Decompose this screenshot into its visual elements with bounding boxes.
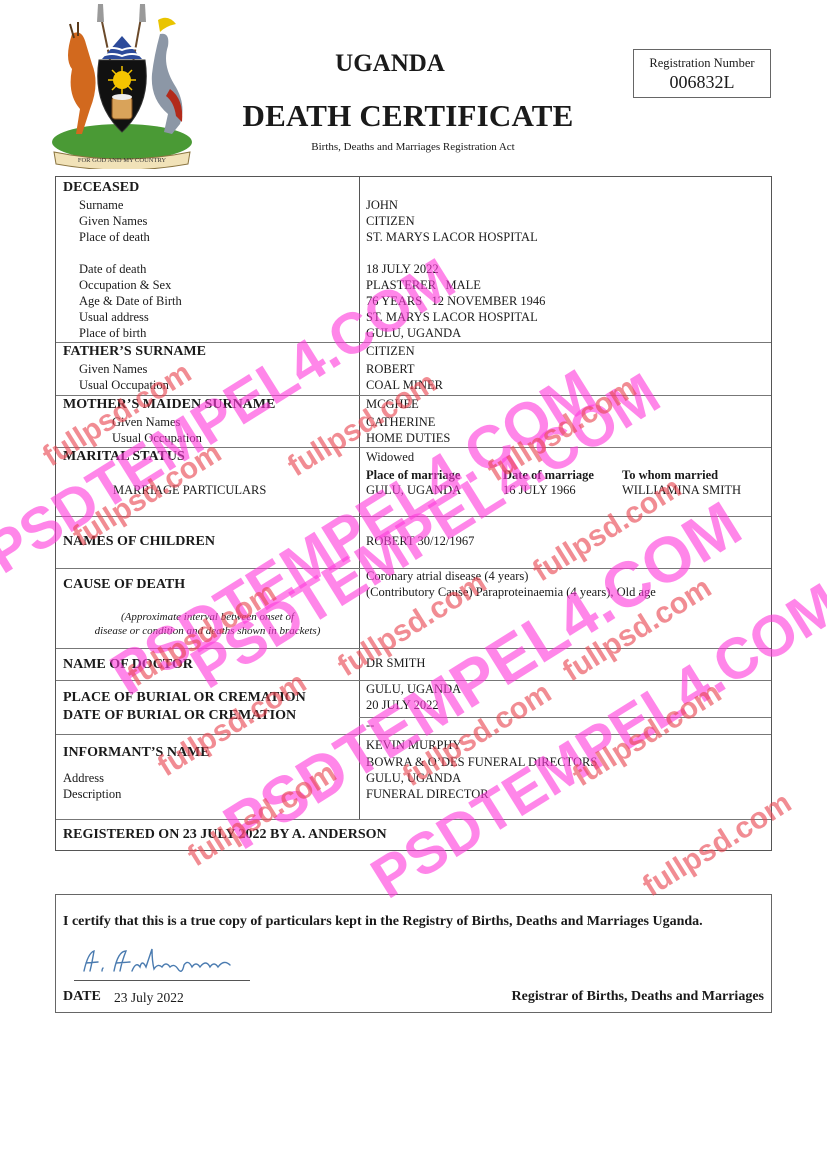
certificate-table: DECEASED Surname Given Names Place of de… — [55, 176, 772, 851]
children-names: ROBERT 30/12/1967 — [366, 534, 474, 549]
mother-heading: MOTHER’S MAIDEN SURNAME — [63, 397, 275, 413]
coat-of-arms-emblem: FOR GOD AND MY COUNTRY — [42, 4, 202, 169]
certification-statement: I certify that this is a true copy of pa… — [63, 914, 703, 930]
father-heading: FATHER’S SURNAME — [63, 344, 206, 360]
field-label: Place of birth — [79, 326, 146, 341]
burial-place: GULU, UGANDA — [366, 682, 461, 697]
informant-heading: INFORMANT’S NAME — [63, 745, 210, 761]
burial-date-heading: DATE OF BURIAL OR CREMATION — [63, 708, 296, 724]
row-divider — [56, 648, 771, 649]
mother-given-names: CATHERINE — [366, 415, 435, 430]
spouse-label: To whom married — [622, 468, 718, 483]
field-label: Place of death — [79, 230, 150, 245]
row-divider — [56, 447, 771, 448]
row-divider — [56, 516, 771, 517]
date-of-death: 18 JULY 2022 — [366, 262, 439, 277]
field-label: Address — [63, 771, 104, 786]
cause-contributory: (Contributory Cause) Paraproteinaemia (4… — [366, 585, 656, 600]
cause-note: disease or condition and deaths shown in… — [56, 625, 359, 637]
registrar-signature — [78, 945, 248, 977]
mother-surname: MCGHEE — [366, 397, 419, 412]
place-of-marriage: GULU, UGANDA — [366, 483, 461, 498]
place-of-birth: GULU, UGANDA — [366, 326, 461, 341]
field-label: Usual Occupation — [112, 431, 202, 446]
field-label: Given Names — [79, 214, 147, 229]
field-label: Age & Date of Birth — [79, 294, 182, 309]
burial-date: 20 JULY 2022 — [366, 698, 439, 713]
row-divider — [56, 680, 771, 681]
field-label: Usual Occupation — [79, 378, 169, 393]
cause-note: (Approximate interval between onset of — [56, 611, 359, 623]
burial-place-heading: PLACE OF BURIAL OR CREMATION — [63, 690, 306, 706]
registrar-title: Registrar of Births, Deaths and Marriage… — [512, 989, 765, 1005]
field-label: Surname — [79, 198, 123, 213]
date-label: DATE — [63, 989, 101, 1005]
cause-primary: Coronary atrial disease (4 years) — [366, 569, 528, 584]
spouse-name: WILLIAMINA SMITH — [622, 483, 741, 498]
field-label: Given Names — [112, 415, 180, 430]
certification-box: I certify that this is a true copy of pa… — [55, 894, 772, 1013]
occupation-sex: PLASTERER MALE — [366, 278, 481, 293]
deceased-surname: JOHN — [366, 198, 398, 213]
informant-address: GULU, UGANDA — [366, 771, 461, 786]
date-of-marriage-label: Date of marriage — [503, 468, 594, 483]
doctor-name: DR SMITH — [366, 656, 425, 671]
country-name: UGANDA — [240, 50, 540, 78]
date-of-marriage: 16 JULY 1966 — [503, 483, 576, 498]
registration-number: 006832L — [634, 72, 770, 93]
place-of-marriage-label: Place of marriage — [366, 468, 460, 483]
field-label: Date of death — [79, 262, 146, 277]
svg-text:FOR GOD AND MY COUNTRY: FOR GOD AND MY COUNTRY — [78, 157, 167, 164]
mother-occupation: HOME DUTIES — [366, 431, 450, 446]
row-divider — [56, 819, 771, 820]
informant-organisation: BOWRA & O’DES FUNERAL DIRECTORS — [366, 755, 597, 770]
registration-number-box: Registration Number 006832L — [633, 49, 771, 98]
field-label: Usual address — [79, 310, 149, 325]
field-label: Given Names — [79, 362, 147, 377]
row-divider — [359, 717, 771, 718]
cause-heading: CAUSE OF DEATH — [63, 577, 185, 593]
signature-line — [74, 980, 250, 981]
place-of-death: ST. MARYS LACOR HOSPITAL — [366, 230, 538, 245]
column-divider — [359, 177, 360, 819]
father-surname: CITIZEN — [366, 344, 415, 359]
marital-status: Widowed — [366, 450, 414, 465]
doctor-heading: NAME OF DOCTOR — [63, 657, 193, 673]
registration-statement: REGISTERED ON 23 JULY 2022 BY A. ANDERSO… — [63, 827, 387, 843]
registration-act: Births, Deaths and Marriages Registratio… — [258, 141, 568, 153]
registration-number-label: Registration Number — [634, 56, 770, 71]
age-date-of-birth: 76 YEARS 12 NOVEMBER 1946 — [366, 294, 545, 309]
usual-address: ST. MARYS LACOR HOSPITAL — [366, 310, 538, 325]
field-label: Description — [63, 787, 121, 802]
informant-name: KEVIN MURPHY — [366, 738, 462, 753]
informant-description: FUNERAL DIRECTOR — [366, 787, 489, 802]
marriage-particulars-label: MARRIAGE PARTICULARS — [113, 483, 266, 498]
row-divider — [56, 734, 771, 735]
document-title: DEATH CERTIFICATE — [208, 98, 608, 134]
deceased-heading: DECEASED — [63, 180, 139, 196]
marital-heading: MARITAL STATUS — [63, 449, 185, 465]
children-heading: NAMES OF CHILDREN — [63, 534, 215, 550]
deceased-given-names: CITIZEN — [366, 214, 415, 229]
row-divider — [56, 342, 771, 343]
certification-date: 23 July 2022 — [114, 990, 184, 1006]
father-occupation: COAL MINER — [366, 378, 443, 393]
row-divider — [56, 395, 771, 396]
father-given-names: ROBERT — [366, 362, 415, 377]
burial-extra: -- — [366, 718, 374, 733]
field-label: Occupation & Sex — [79, 278, 171, 293]
